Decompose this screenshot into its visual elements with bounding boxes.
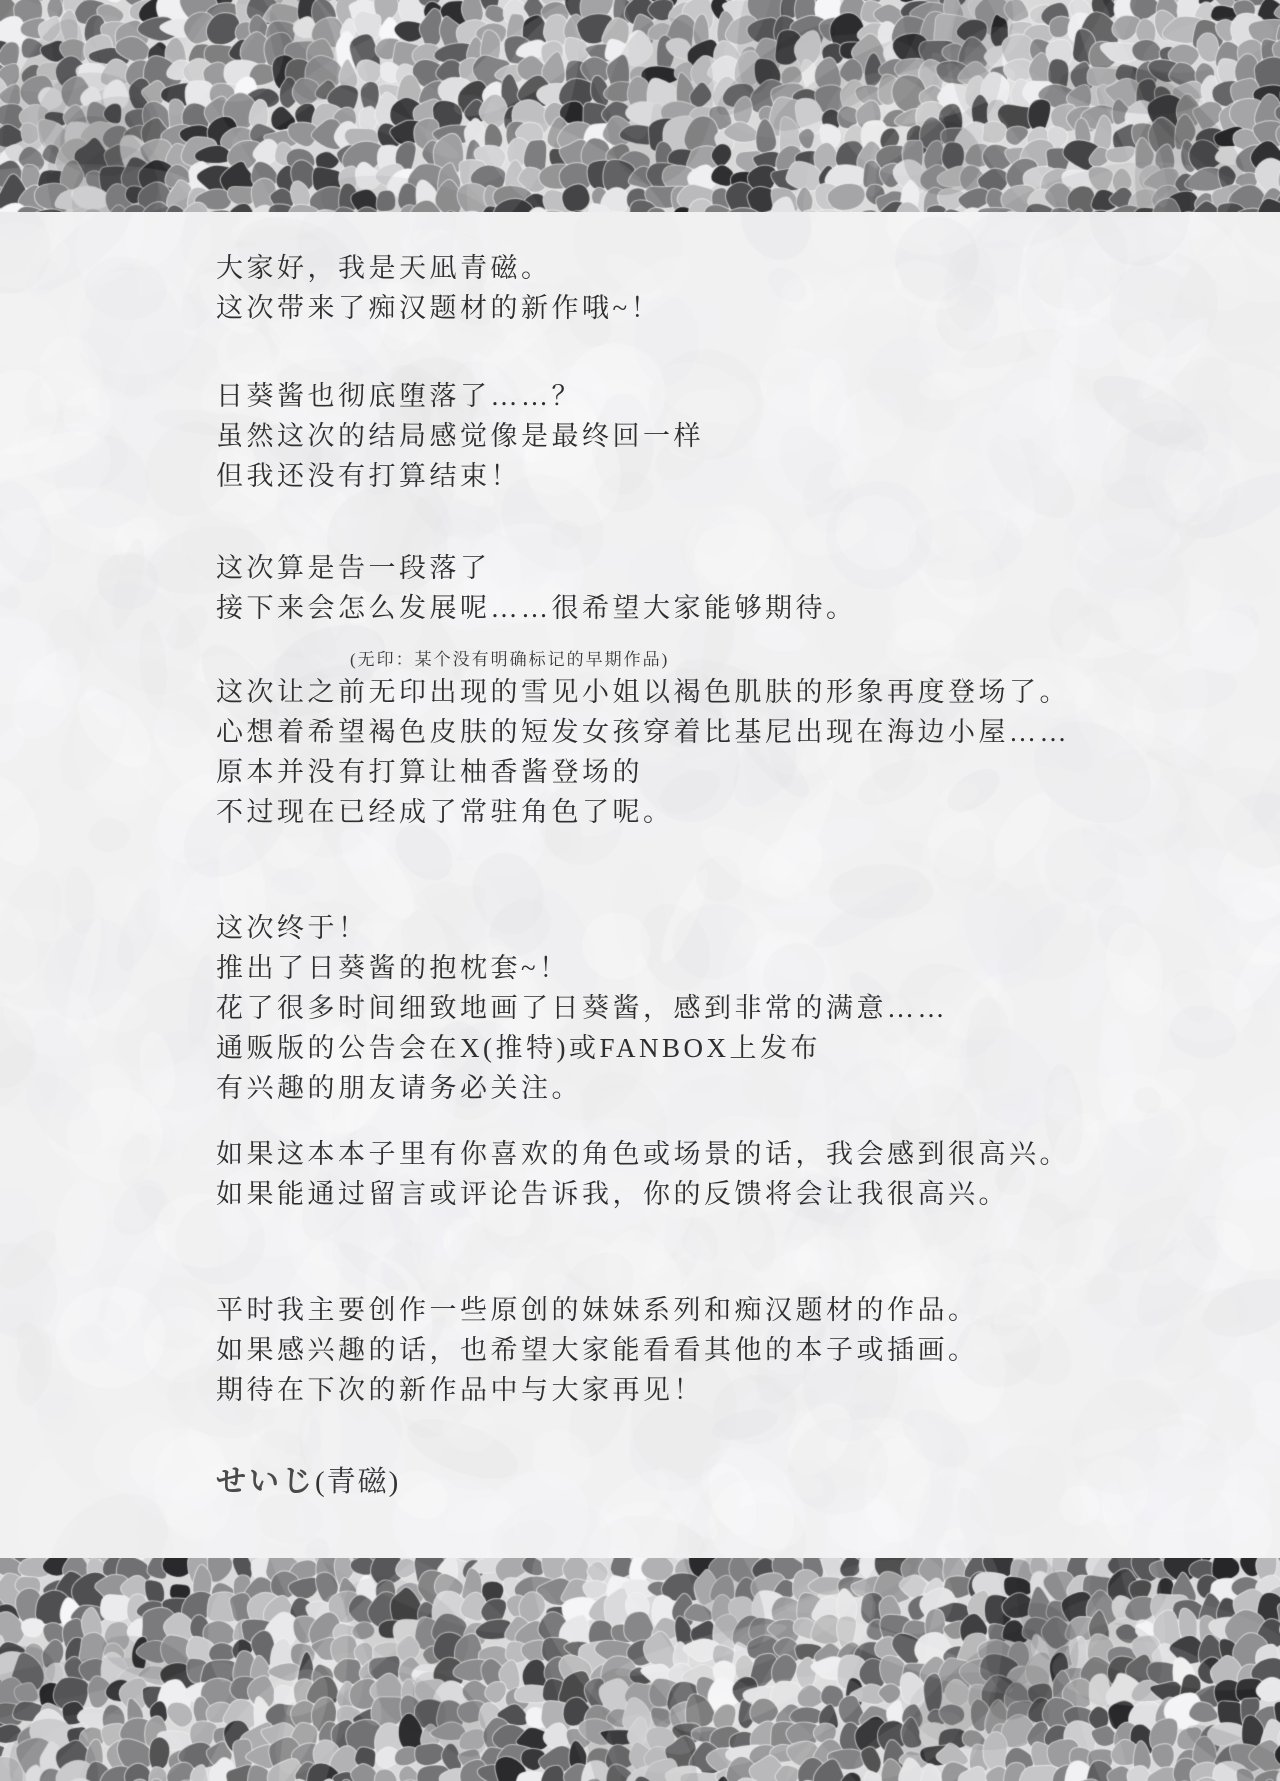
text-line: 心想着希望褐色皮肤的短发女孩穿着比基尼出现在海边小屋…… (216, 712, 1280, 752)
signature: せいじ(青磁) (216, 1456, 1280, 1500)
paper-area: 大家好，我是天凪青磁。这次带来了痴汉题材的新作哦~！日葵酱也彻底堕落了……？虽然… (0, 212, 1280, 1558)
signature-name: せいじ (216, 1464, 315, 1499)
afterword-text: 大家好，我是天凪青磁。这次带来了痴汉题材的新作哦~！日葵酱也彻底堕落了……？虽然… (0, 212, 1280, 1558)
text-line: 不过现在已经成了常驻角色了呢。 (216, 792, 1280, 832)
text-line: 这次带来了痴汉题材的新作哦~！ (216, 288, 1280, 328)
text-line: 这次让之前无印出现的雪见小姐以褐色肌肤的形象再度登场了。 (216, 672, 1280, 712)
note-line: (无印：某个没有明确标记的早期作品) (350, 648, 1280, 672)
afterword-page: 大家好，我是天凪青磁。这次带来了痴汉题材的新作哦~！日葵酱也彻底堕落了……？虽然… (0, 0, 1280, 1781)
text-line: 推出了日葵酱的抱枕套~！ (216, 948, 1280, 988)
text-line: 通贩版的公告会在X(推特)或FANBOX上发布 (216, 1028, 1280, 1068)
text-line: 平时我主要创作一些原创的妹妹系列和痴汉题材的作品。 (216, 1290, 1280, 1330)
paragraph: (无印：某个没有明确标记的早期作品)这次让之前无印出现的雪见小姐以褐色肌肤的形象… (216, 648, 1280, 832)
text-line: 虽然这次的结局感觉像是最终回一样 (216, 416, 1280, 456)
paragraph: 平时我主要创作一些原创的妹妹系列和痴汉题材的作品。如果感兴趣的话，也希望大家能看… (216, 1290, 1280, 1410)
text-line: 如果这本本子里有你喜欢的角色或场景的话，我会感到很高兴。 (216, 1134, 1280, 1174)
paragraphs: 大家好，我是天凪青磁。这次带来了痴汉题材的新作哦~！日葵酱也彻底堕落了……？虽然… (216, 248, 1280, 1410)
text-line: 有兴趣的朋友请务必关注。 (216, 1068, 1280, 1108)
text-line: 这次终于！ (216, 908, 1280, 948)
paragraph: 日葵酱也彻底堕落了……？虽然这次的结局感觉像是最终回一样但我还没有打算结束！ (216, 376, 1280, 496)
text-line: 期待在下次的新作品中与大家再见！ (216, 1370, 1280, 1410)
text-line: 花了很多时间细致地画了日葵酱，感到非常的满意…… (216, 988, 1280, 1028)
text-line: 原本并没有打算让柚香酱登场的 (216, 752, 1280, 792)
paragraph: 大家好，我是天凪青磁。这次带来了痴汉题材的新作哦~！ (216, 248, 1280, 328)
mosaic-texture-bottom (0, 1558, 1280, 1781)
signature-suffix: (青磁) (315, 1466, 400, 1498)
text-line: 接下来会怎么发展呢……很希望大家能够期待。 (216, 588, 1280, 628)
text-line: 如果能通过留言或评论告诉我，你的反馈将会让我很高兴。 (216, 1174, 1280, 1214)
text-line: 这次算是告一段落了 (216, 548, 1280, 588)
paragraph: 如果这本本子里有你喜欢的角色或场景的话，我会感到很高兴。如果能通过留言或评论告诉… (216, 1134, 1280, 1214)
paragraph: 这次算是告一段落了接下来会怎么发展呢……很希望大家能够期待。 (216, 548, 1280, 628)
paragraph: 这次终于！推出了日葵酱的抱枕套~！花了很多时间细致地画了日葵酱，感到非常的满意…… (216, 908, 1280, 1108)
mosaic-texture-top (0, 0, 1280, 212)
text-line: 但我还没有打算结束！ (216, 456, 1280, 496)
text-line: 如果感兴趣的话，也希望大家能看看其他的本子或插画。 (216, 1330, 1280, 1370)
text-line: 日葵酱也彻底堕落了……？ (216, 376, 1280, 416)
text-line: 大家好，我是天凪青磁。 (216, 248, 1280, 288)
